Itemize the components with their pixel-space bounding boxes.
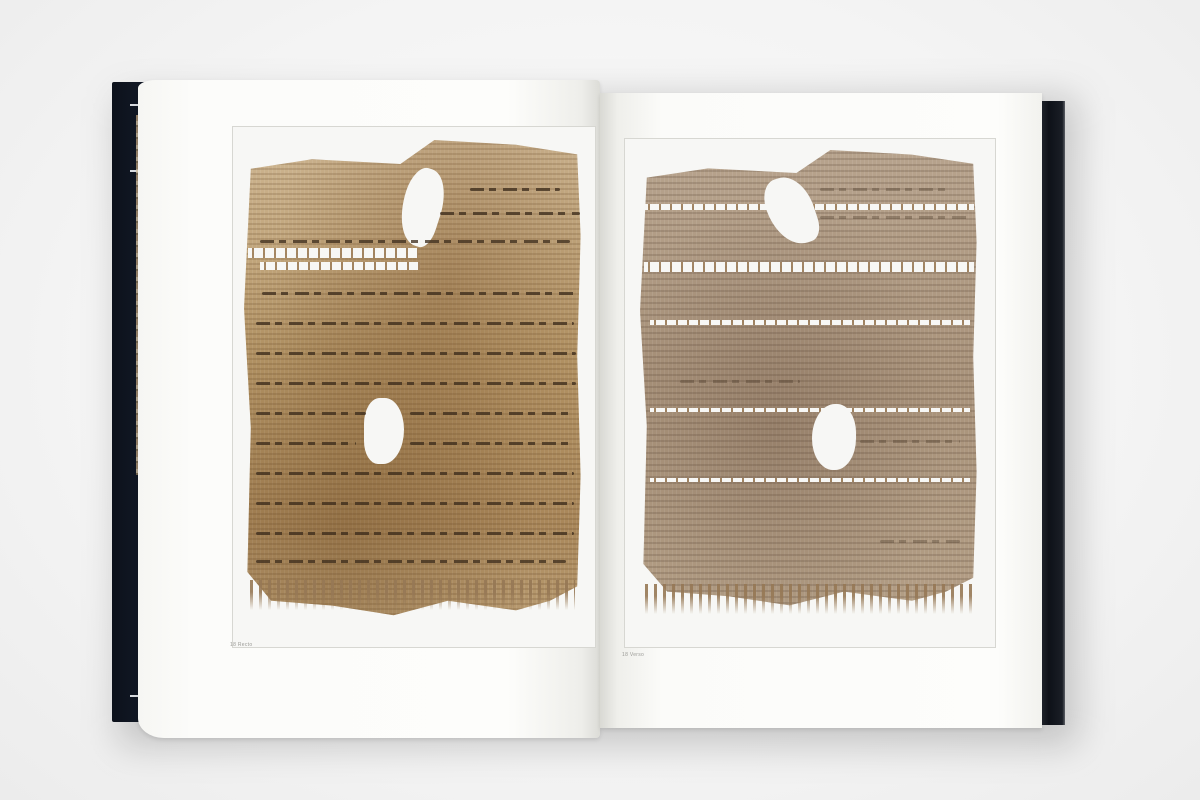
script-line bbox=[256, 322, 574, 325]
script-line bbox=[256, 382, 576, 385]
fragment-fringe bbox=[645, 584, 975, 614]
fragment-gap bbox=[260, 262, 420, 270]
fragment-fringe bbox=[250, 580, 575, 610]
cover-tick bbox=[130, 695, 138, 697]
script-line bbox=[880, 540, 960, 543]
script-line bbox=[256, 560, 566, 563]
script-line bbox=[440, 212, 580, 215]
script-line bbox=[256, 412, 366, 415]
script-line bbox=[860, 440, 960, 443]
script-line bbox=[410, 412, 575, 415]
script-line bbox=[256, 502, 574, 505]
book-cover-right bbox=[1038, 101, 1065, 725]
script-line bbox=[256, 472, 574, 475]
cover-tick bbox=[130, 104, 138, 106]
left-plate-caption: 18 Recto bbox=[230, 642, 252, 648]
script-line bbox=[820, 188, 950, 191]
script-line bbox=[256, 352, 576, 355]
script-line bbox=[256, 442, 356, 445]
script-line bbox=[410, 442, 575, 445]
script-line bbox=[820, 216, 970, 219]
fragment-gap bbox=[650, 478, 970, 482]
script-line bbox=[470, 188, 560, 191]
fragment-hole bbox=[812, 404, 856, 470]
right-plate-caption: 18 Verso bbox=[622, 652, 644, 658]
fragment-gap bbox=[650, 320, 970, 325]
photo-scene: 18 Recto 18 Verso bbox=[0, 0, 1200, 800]
fragment-gap bbox=[650, 408, 970, 412]
script-line bbox=[262, 292, 577, 295]
script-line bbox=[260, 240, 570, 243]
script-line bbox=[680, 380, 800, 383]
script-line bbox=[256, 532, 574, 535]
fragment-gap bbox=[248, 248, 418, 258]
fragment-gap bbox=[644, 262, 974, 272]
